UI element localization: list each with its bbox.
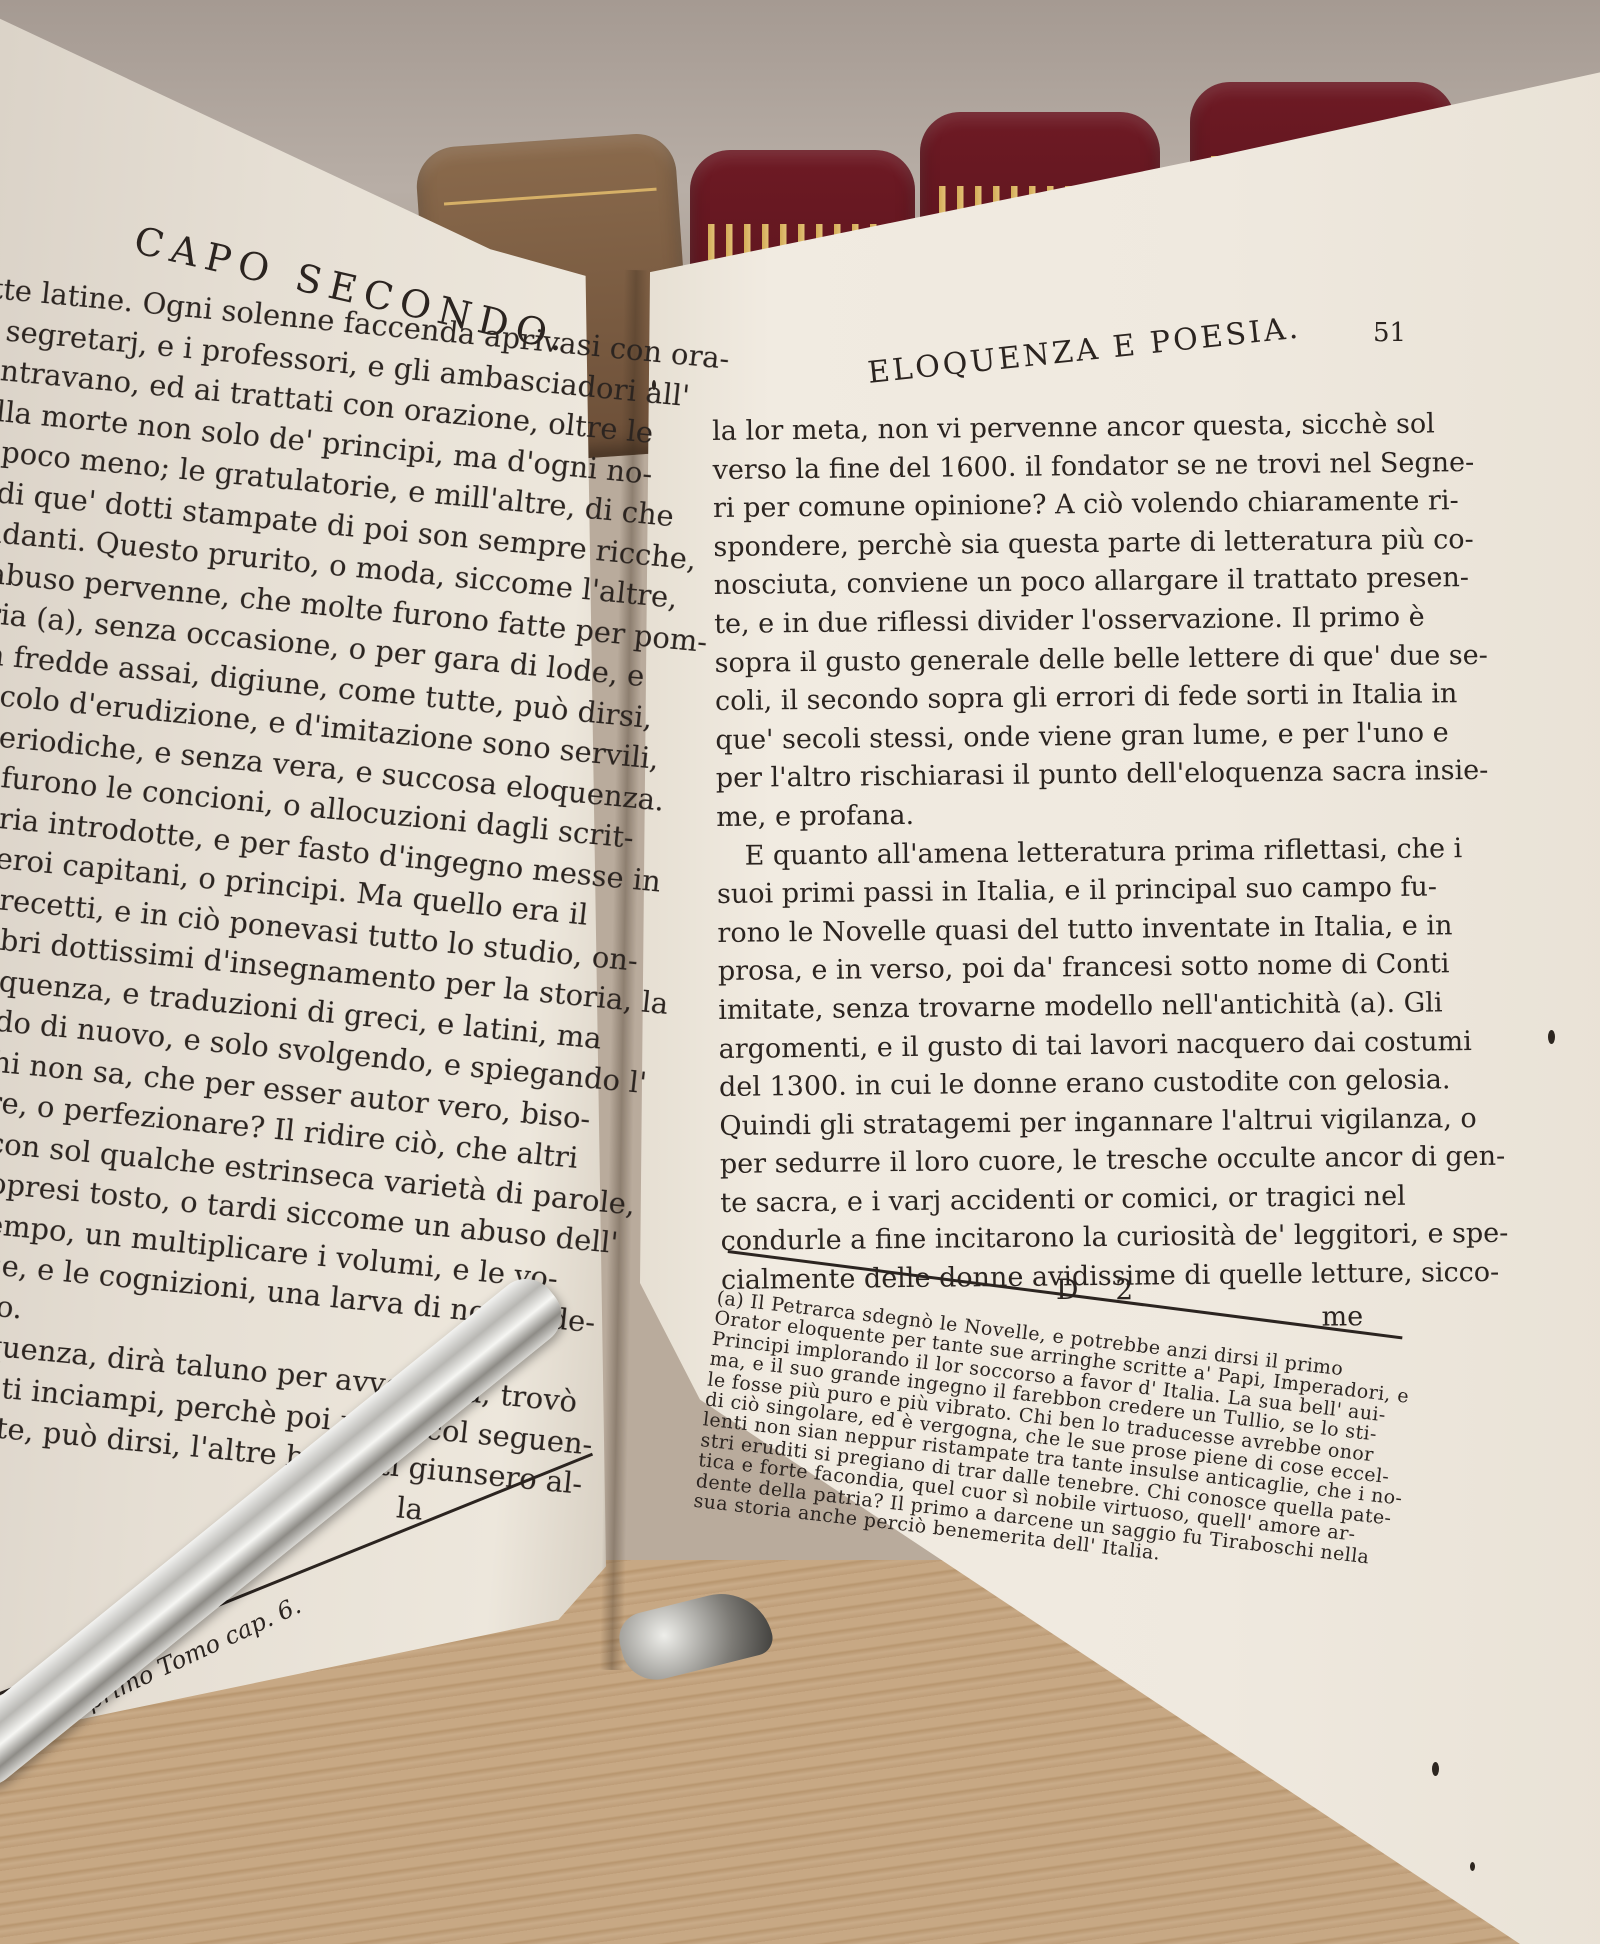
text-line: imitate, senza trovarne modello nell'ant… — [718, 985, 1418, 1031]
text-line: la lor meta, non vi pervenne ancor quest… — [712, 406, 1412, 452]
page-number: 51 — [1373, 318, 1406, 348]
gilt-rule — [444, 188, 657, 206]
photo-scene: CAPO SECONDO. tte latine. Ogni solenne f… — [0, 0, 1600, 1944]
right-page-body: la lor meta, non vi pervenne ancor quest… — [712, 406, 1422, 1344]
text-line: per l'altro rischiarasi il punto dell'el… — [716, 753, 1416, 799]
text-line: te, e in due riflessi divider l'osservaz… — [714, 599, 1414, 645]
